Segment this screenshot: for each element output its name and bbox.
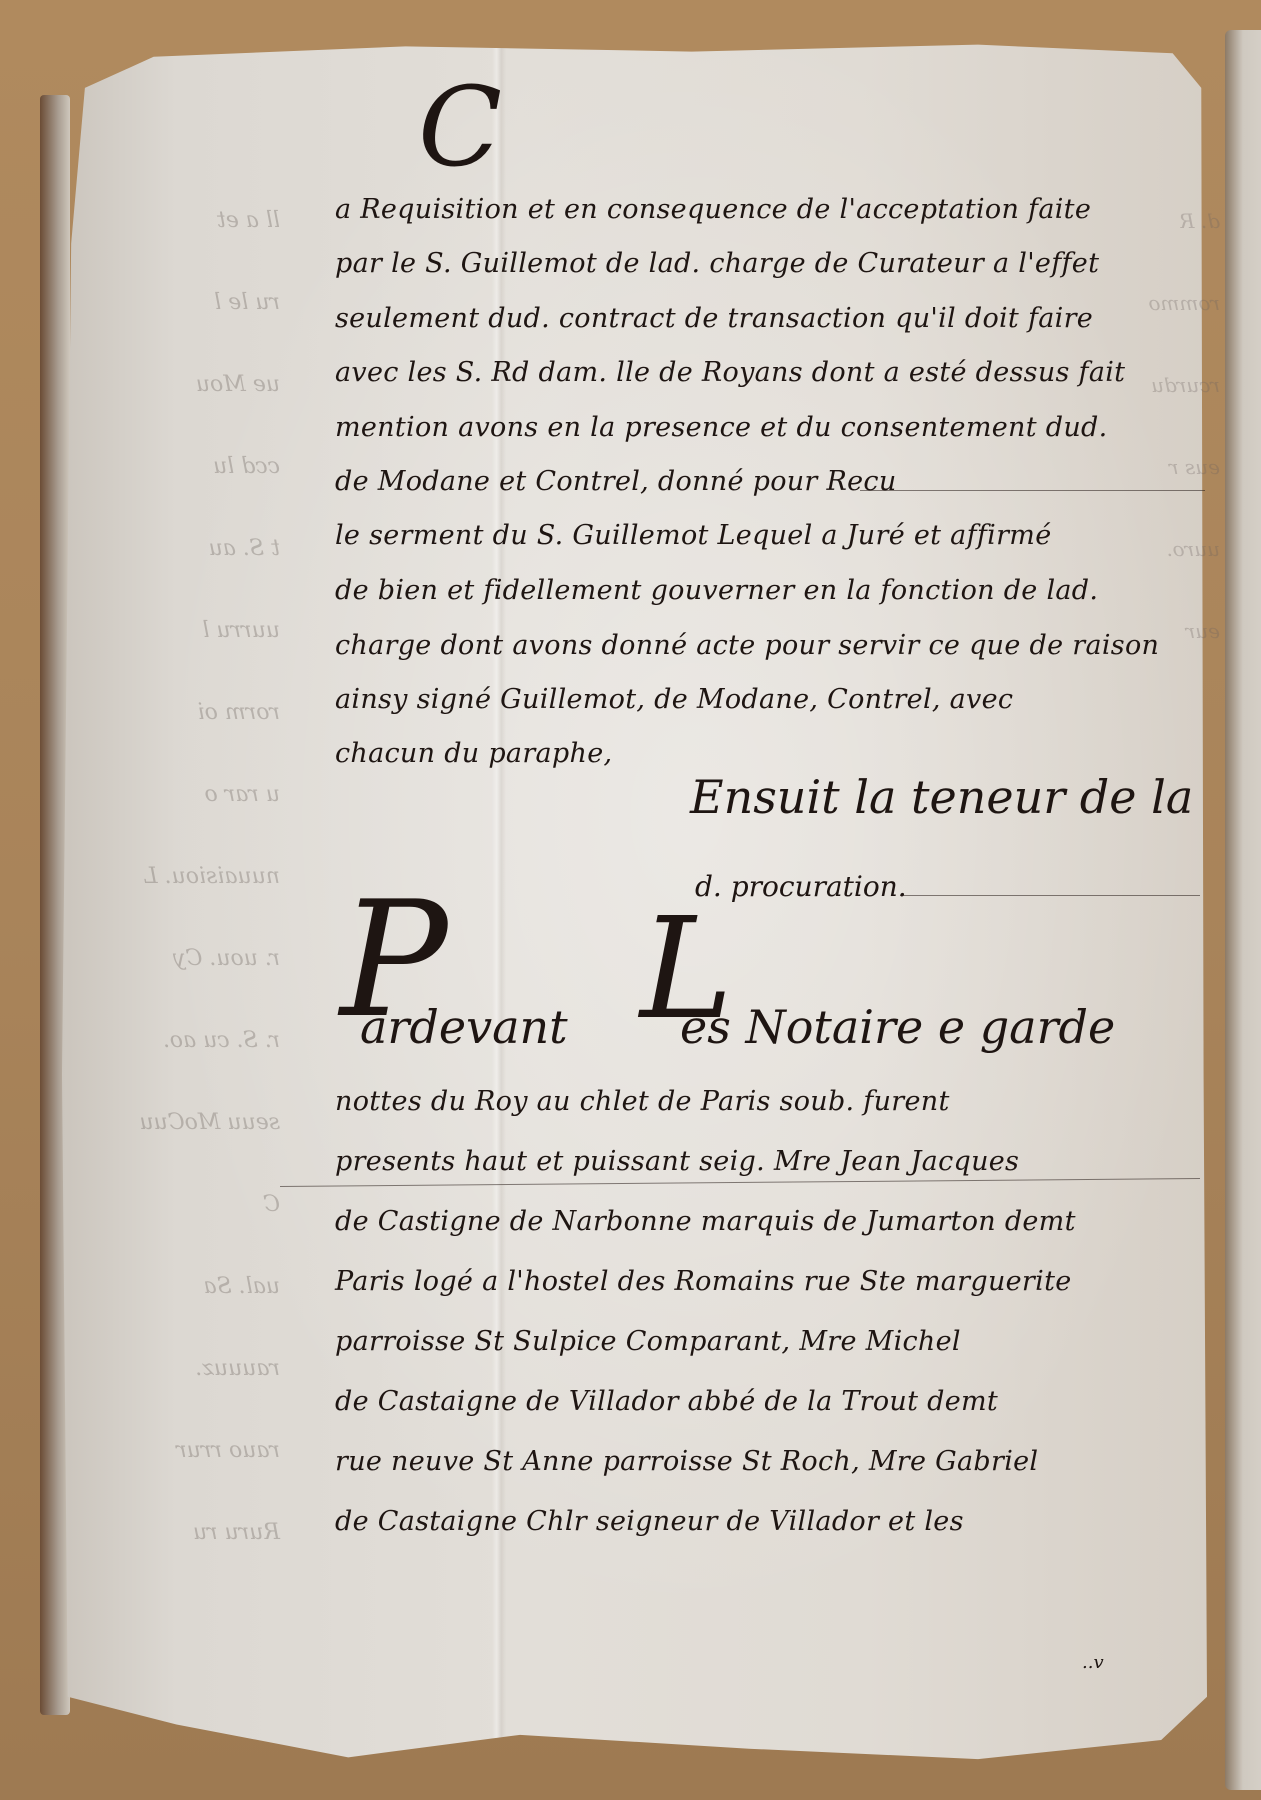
bleed-line: rcurdu bbox=[1120, 344, 1220, 426]
text-line-3: seulement dud. contract de transaction q… bbox=[335, 303, 1093, 334]
text-line-9: charge dont avons donné acte pour servir… bbox=[335, 630, 1159, 661]
line-filler-stroke bbox=[860, 490, 1205, 491]
bleed-line: eus r bbox=[1120, 426, 1220, 508]
adjacent-sheet-edge bbox=[1225, 30, 1261, 1790]
act-line-2: presents haut et puissant seig. Mre Jean… bbox=[335, 1146, 1019, 1177]
text-line-4: avec les S. Rd dam. lle de Royans dont a… bbox=[335, 357, 1125, 388]
bleed-line: r. S. cu ao. bbox=[60, 1000, 280, 1082]
bleed-line: Ruru ru bbox=[60, 1492, 280, 1574]
act-line-8: de Castaigne Chlr seigneur de Villador e… bbox=[335, 1506, 964, 1537]
text-line-5: mention avons en la presence et du conse… bbox=[335, 412, 1107, 443]
bleed-line: u rar o bbox=[60, 754, 280, 836]
bleed-line: ru le l bbox=[60, 262, 280, 344]
act-line-4: Paris logé a l'hostel des Romains rue St… bbox=[335, 1266, 1072, 1297]
bleed-line: ccd lu bbox=[60, 426, 280, 508]
bleed-line: uuro. bbox=[1120, 508, 1220, 590]
section-heading: Ensuit la teneur de la bbox=[690, 770, 1193, 824]
act-line-6: de Castaigne de Villador abbé de la Trou… bbox=[335, 1386, 998, 1417]
bleed-through-text-right: d. R rommo rcurdu eus r uuro. eur bbox=[1120, 180, 1220, 672]
bleed-line: C bbox=[60, 1164, 280, 1246]
bleed-line: rommo bbox=[1120, 262, 1220, 344]
bleed-line: ue Mou bbox=[60, 344, 280, 426]
text-line-6: de Modane et Contrel, donné pour Recu bbox=[335, 466, 897, 497]
act-opening-word: ardevant bbox=[360, 1000, 568, 1054]
act-line-3: de Castigne de Narbonne marquis de Jumar… bbox=[335, 1206, 1076, 1237]
bleed-line: rauuuz. bbox=[60, 1328, 280, 1410]
text-line-2: par le S. Guillemot de lad. charge de Cu… bbox=[335, 248, 1099, 279]
bleed-line: d. R bbox=[1120, 180, 1220, 262]
bleed-line: uurru l bbox=[60, 590, 280, 672]
bleed-line: r. uou. Cy bbox=[60, 918, 280, 1000]
bleed-line: rorm oi bbox=[60, 672, 280, 754]
text-line-1: a Requisition et en consequence de l'acc… bbox=[335, 194, 1091, 225]
text-line-11: chacun du paraphe, bbox=[335, 738, 612, 769]
bleed-through-text-left: ll a et ru le l ue Mou ccd lu t S. au uu… bbox=[60, 180, 280, 1574]
bleed-line: rauo rrur bbox=[60, 1410, 280, 1492]
bottom-mark: ..v bbox=[1082, 1652, 1104, 1673]
act-line-7: rue neuve St Anne parroisse St Roch, Mre… bbox=[335, 1446, 1038, 1477]
text-line-7: le serment du S. Guillemot Lequel a Juré… bbox=[335, 520, 1051, 551]
act-opening-title: es Notaire e garde bbox=[680, 1000, 1115, 1054]
corner-fold-crease bbox=[101, 0, 339, 78]
act-line-1: nottes du Roy au chlet de Paris soub. fu… bbox=[335, 1086, 950, 1117]
text-line-10: ainsy signé Guillemot, de Modane, Contre… bbox=[335, 684, 1013, 715]
text-line-8: de bien et fidellement gouverner en la f… bbox=[335, 575, 1098, 606]
bleed-line: t S. au bbox=[60, 508, 280, 590]
bleed-line: seuu MoCuu bbox=[60, 1082, 280, 1164]
bleed-line: ual. Sa bbox=[60, 1246, 280, 1328]
initial-flourish: C bbox=[418, 72, 502, 182]
heading-filler-stroke bbox=[900, 895, 1200, 896]
bleed-line: nuuaisiou. L bbox=[60, 836, 280, 918]
bleed-line: ll a et bbox=[60, 180, 280, 262]
act-line-5: parroisse St Sulpice Comparant, Mre Mich… bbox=[335, 1326, 961, 1357]
